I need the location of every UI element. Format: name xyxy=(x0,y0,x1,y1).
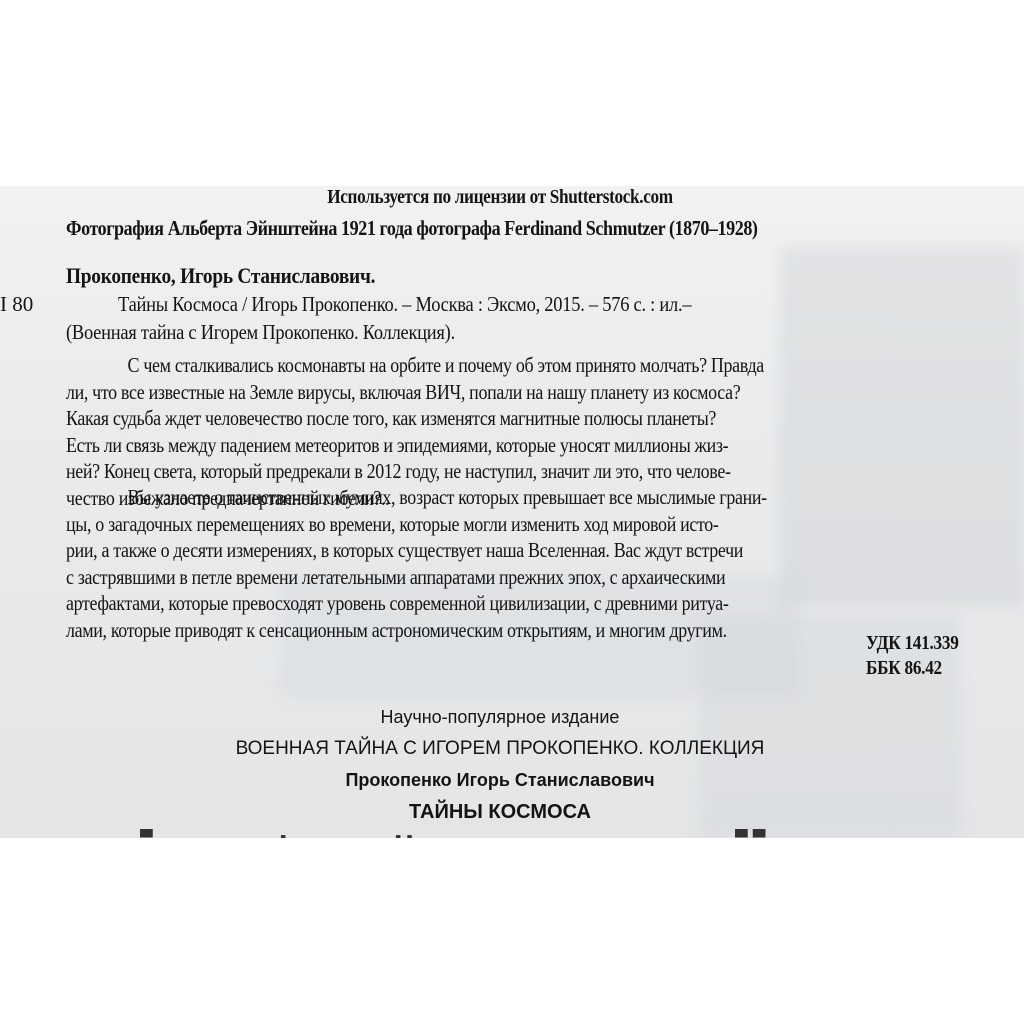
book-page-photo: Используется по лицензии от Shutterstock… xyxy=(0,186,1024,838)
photo-credit: Фотография Альберта Эйнштейна 1921 года … xyxy=(66,216,758,241)
cropped-next-line: ▀▪▪ ▪▀ ▀ xyxy=(0,829,1024,838)
bbk-code: ББК 86.42 xyxy=(866,657,935,680)
license-credit: Используется по лицензии от Shutterstock… xyxy=(70,186,930,209)
annotation-line: Какая судьба ждет человечество после тог… xyxy=(66,405,764,432)
annotation-line: с застрявшими в петле времени летательны… xyxy=(66,564,767,591)
imprint-book-title: ТАЙНЫ КОСМОСА xyxy=(0,801,1012,824)
annotation-line: С чем сталкивались космонавты на орбите … xyxy=(66,352,764,379)
annotation-line: ли, что все известные на Земле вирусы, в… xyxy=(66,379,764,406)
annotation-paragraph-2: Вы узнаете о таинственных мумиях, возрас… xyxy=(66,484,886,643)
series-title: ВОЕННАЯ ТАЙНА С ИГОРЕМ ПРОКОПЕНКО. КОЛЛЕ… xyxy=(0,738,1012,760)
annotation-line: артефактами, которые превосходят уровень… xyxy=(66,590,767,617)
annotation-line: Вы узнаете о таинственных мумиях, возрас… xyxy=(66,484,767,511)
annotation-line: Есть ли связь между падением метеоритов … xyxy=(66,432,764,459)
imprint-author: Прокопенко Игорь Станиславович xyxy=(0,770,1012,791)
annotation-line: цы, о загадочных перемещениях во времени… xyxy=(66,511,767,538)
annotation-line: рии, а также о десяти измерениях, в кото… xyxy=(66,537,767,564)
shelf-mark: I 80 xyxy=(0,292,33,317)
annotation-line: ней? Конец света, который предрекали в 2… xyxy=(66,458,764,485)
edition-type: Научно-популярное издание xyxy=(0,707,1012,728)
series-statement: (Военная тайна с Игорем Прокопенко. Колл… xyxy=(66,320,455,345)
catalog-author-heading: Прокопенко, Игорь Станиславович. xyxy=(66,263,375,289)
udk-code: УДК 141.339 xyxy=(866,632,935,655)
annotation-line: лами, которые приводят к сенсационным ас… xyxy=(66,617,767,644)
bibliographic-description: Тайны Космоса / Игорь Прокопенко. – Моск… xyxy=(118,292,691,317)
